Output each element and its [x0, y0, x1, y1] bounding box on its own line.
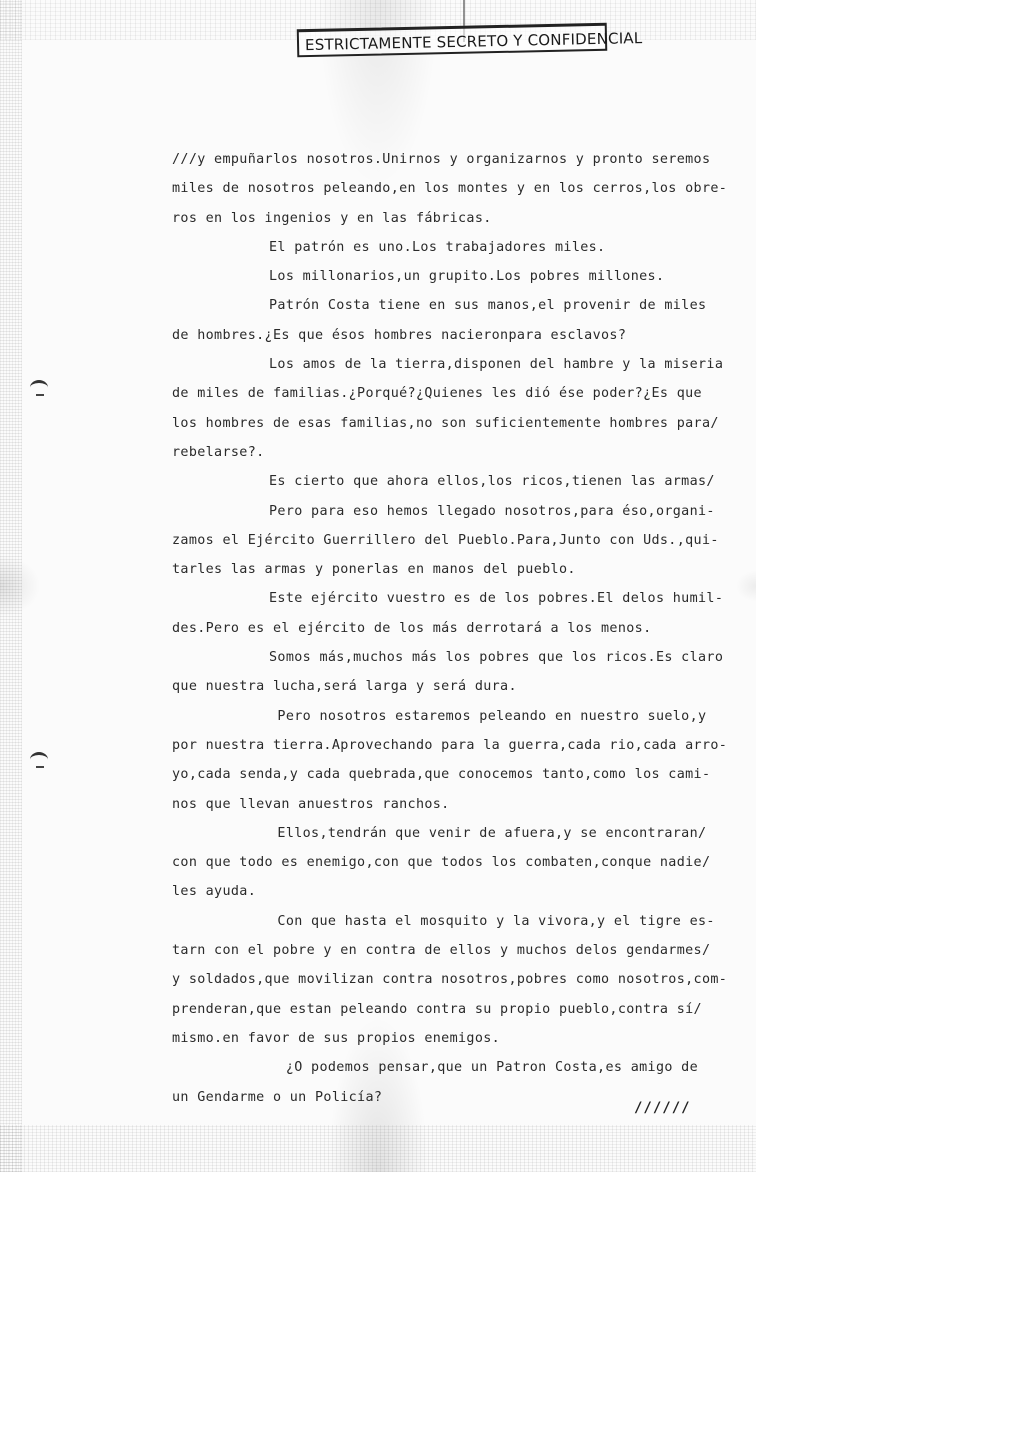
- text-line: con que todo es enemigo,con que todos lo…: [172, 848, 762, 877]
- text-line: nos que llevan anuestros ranchos.: [172, 790, 762, 819]
- text-line: y soldados,que movilizan contra nosotros…: [172, 965, 762, 994]
- text-line: Somos más,muchos más los pobres que los …: [172, 643, 762, 672]
- text-line: Este ejército vuestro es de los pobres.E…: [172, 584, 762, 613]
- text-line: Con que hasta el mosquito y la vivora,y …: [172, 907, 762, 936]
- text-line: Los amos de la tierra,disponen del hambr…: [172, 350, 762, 379]
- closing-mark: //////: [634, 1100, 691, 1116]
- text-line: Ellos,tendrán que venir de afuera,y se e…: [172, 819, 762, 848]
- text-line: tarles las armas y ponerlas en manos del…: [172, 555, 762, 584]
- text-line: rebelarse?.: [172, 438, 762, 467]
- classification-stamp: ESTRICTAMENTE SECRETO Y CONFIDENCIAL: [297, 23, 608, 57]
- scan-noise-left: [0, 0, 22, 1172]
- scanned-page: ESTRICTAMENTE SECRETO Y CONFIDENCIAL ///…: [0, 0, 756, 1172]
- text-line: de miles de familias.¿Porqué?¿Quienes le…: [172, 379, 762, 408]
- text-line: El patrón es uno.Los trabajadores miles.: [172, 233, 762, 262]
- text-line: des.Pero es el ejército de los más derro…: [172, 614, 762, 643]
- punch-hole-mark: [30, 752, 48, 767]
- text-line: de hombres.¿Es que ésos hombres nacieron…: [172, 321, 762, 350]
- text-line: por nuestra tierra.Aprovechando para la …: [172, 731, 762, 760]
- text-line: ///y empuñarlos nosotros.Unirnos y organ…: [172, 145, 762, 174]
- text-line: yo,cada senda,y cada quebrada,que conoce…: [172, 760, 762, 789]
- text-line: ros en los ingenios y en las fábricas.: [172, 204, 762, 233]
- text-line: Patrón Costa tiene en sus manos,el prove…: [172, 291, 762, 320]
- text-line: Los millonarios,un grupito.Los pobres mi…: [172, 262, 762, 291]
- text-line: les ayuda.: [172, 877, 762, 906]
- scan-noise-bottom: [0, 1125, 756, 1172]
- text-line: los hombres de esas familias,no son sufi…: [172, 409, 762, 438]
- text-line: Es cierto que ahora ellos,los ricos,tien…: [172, 467, 762, 496]
- text-line: mismo.en favor de sus propios enemigos.: [172, 1024, 762, 1053]
- text-line: prenderan,que estan peleando contra su p…: [172, 995, 762, 1024]
- text-line: miles de nosotros peleando,en los montes…: [172, 174, 762, 203]
- document-body: ///y empuñarlos nosotros.Unirnos y organ…: [172, 145, 762, 1112]
- text-line: que nuestra lucha,será larga y será dura…: [172, 672, 762, 701]
- text-line: Pero nosotros estaremos peleando en nues…: [172, 702, 762, 731]
- text-line: Pero para eso hemos llegado nosotros,par…: [172, 497, 762, 526]
- text-line: tarn con el pobre y en contra de ellos y…: [172, 936, 762, 965]
- punch-hole-mark: [30, 380, 48, 395]
- text-line: zamos el Ejército Guerrillero del Pueblo…: [172, 526, 762, 555]
- text-line: ¿O podemos pensar,que un Patron Costa,es…: [172, 1053, 762, 1082]
